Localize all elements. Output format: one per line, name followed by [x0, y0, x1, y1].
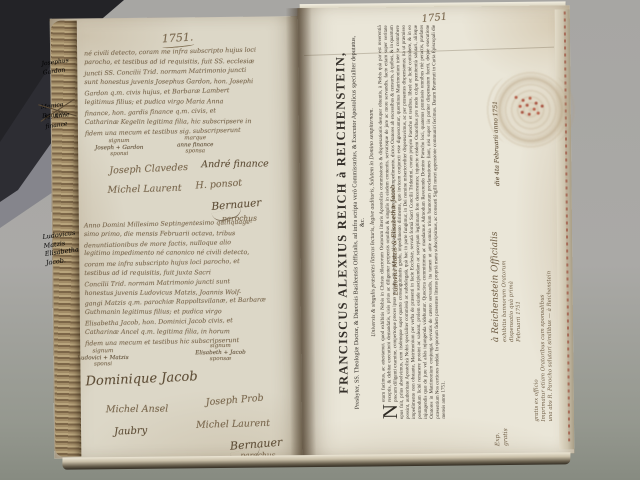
wax-specks — [515, 96, 518, 99]
witness-signature: André finance — [201, 158, 269, 170]
marginal-note-line: una abs R. Parocho salutari similibus — … — [546, 222, 555, 422]
priest-signature: Bernauer — [229, 436, 283, 461]
margin-note-entry1-groom: Josephus Gardon — [41, 57, 70, 77]
archive-photo: 1751. Josephus Gardon Monica Dangler M. … — [0, 0, 640, 480]
witness-signature: H. ponsot — [195, 178, 242, 192]
official-signature-block: à Reichenstein Officialis exhibitis bann… — [489, 164, 531, 342]
margin-note-entry1-bride: M. Anne finance — [44, 111, 72, 131]
priest-title: parochus — [240, 450, 275, 459]
witness-signature: Joseph Clavedes — [109, 162, 188, 177]
groom-mark-entry2: signum Ludovici + Matzis sponsi — [77, 348, 129, 368]
father-signature: Dominique Jacob — [85, 369, 198, 389]
left-page: 1751. Josephus Gardon Monica Dangler M. … — [50, 16, 303, 459]
dispensation-body: Notum facimus, ac attestamur, quod exhib… — [378, 21, 448, 424]
small-note-block: Exp. gratis — [494, 398, 517, 446]
dispensation-body-text: otum facimus, ac attestamur, quod exhibi… — [378, 25, 447, 419]
witness-signature: Michel Laurent — [196, 418, 270, 431]
right-page: 1751 FRANCISCUS ALEXIUS REICH à REICHENS… — [298, 5, 575, 456]
year-heading: 1751. — [161, 30, 193, 48]
bride-mark-entry1: marque anne finance sponsa — [177, 135, 214, 155]
dispensation-subtitle: Presbyter, SS. Theologiæ Doctor, & Diœce… — [350, 21, 368, 423]
groom-mark-entry1: signum Joseph + Gardon sponsi — [95, 138, 143, 158]
witness-signature: Michel Ansel — [106, 404, 169, 416]
drop-cap: N — [382, 402, 399, 419]
witness-signature: Joseph Prob — [205, 393, 264, 409]
small-note-line: gratis — [502, 398, 511, 446]
marginal-note-block: gratis ex officio Imprimatur etiam Orato… — [532, 221, 566, 421]
margin-note-entry2-couple: Ludovicus Matzis Elisabetha Jacob. — [42, 229, 80, 267]
official-note-line: Februarii 1751 — [514, 164, 523, 342]
register-entry-2: Anno Domini Millesimo Septingentesimo qu… — [84, 219, 267, 348]
dispensation-salutation: Universis & singulis præsentes litteras … — [368, 21, 378, 423]
open-register-book: 1751. Josephus Gardon Monica Dangler M. … — [50, 5, 583, 463]
bride-mark-entry2: signum Elisabeth + Jacob sponsæ — [195, 343, 246, 363]
witness-signature: Michel Laurent — [107, 183, 181, 196]
gutter-shadow — [286, 8, 317, 460]
dispensation-title: FRANCISCUS ALEXIUS REICH à REICHENSTEIN, — [333, 22, 352, 424]
witness-signature: Jaubry — [114, 425, 148, 437]
